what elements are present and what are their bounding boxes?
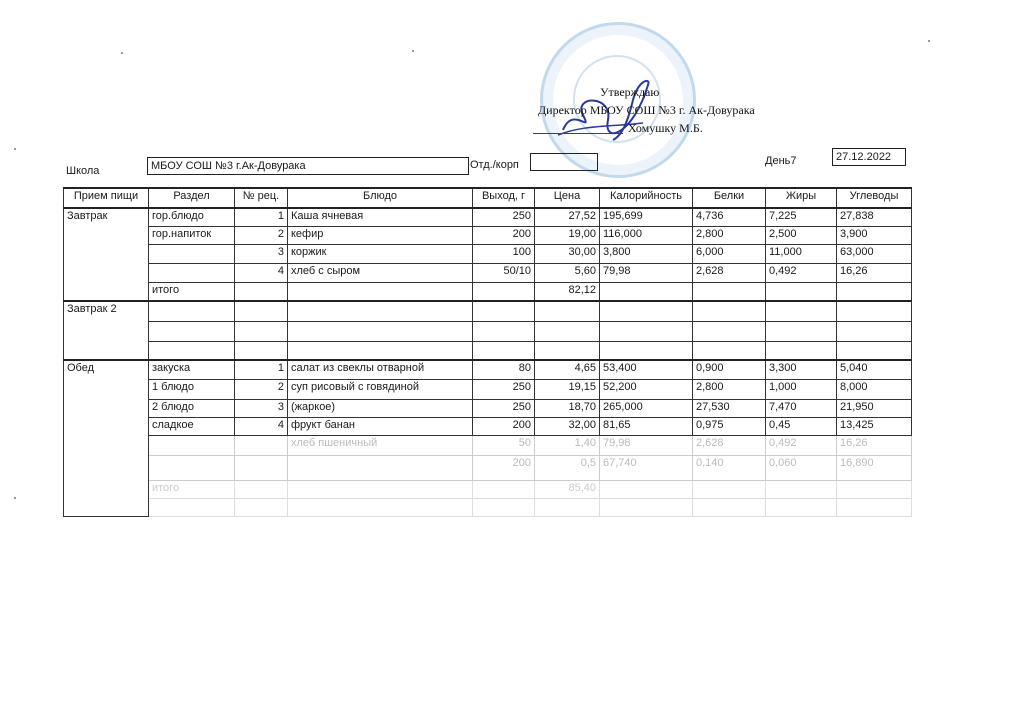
cell-fat: [766, 499, 837, 517]
cell-carbs: 8,000: [837, 380, 912, 400]
cell-price: 85,40: [535, 481, 600, 499]
cell-fat: 0,492: [766, 264, 837, 283]
cell-protein: 2,628: [693, 264, 766, 283]
cell-calories: [600, 499, 693, 517]
cell-recipe-number: [235, 456, 288, 481]
cell-calories: [600, 341, 693, 360]
cell-fat: 7,225: [766, 208, 837, 227]
cell-dish: Каша ячневая: [288, 208, 473, 227]
cell-section: итого: [149, 481, 235, 499]
cell-recipe-number: [235, 283, 288, 302]
scan-speck: [412, 50, 414, 52]
col-meal: Прием пищи: [64, 188, 149, 208]
cell-recipe-number: 4: [235, 418, 288, 436]
cell-recipe-number: [235, 481, 288, 499]
cell-calories: [600, 481, 693, 499]
cell-fat: [766, 481, 837, 499]
dept-field: [530, 153, 598, 171]
cell-carbs: 16,890: [837, 456, 912, 481]
cell-dish: (жаркое): [288, 400, 473, 418]
cell-recipe-number: 1: [235, 360, 288, 380]
cell-protein: 0,900: [693, 360, 766, 380]
cell-protein: [693, 321, 766, 341]
cell-output: 100: [473, 245, 535, 264]
table-row: итого85,40: [64, 481, 912, 499]
cell-carbs: 16,26: [837, 264, 912, 283]
scan-speck: [121, 52, 123, 54]
cell-fat: [766, 301, 837, 321]
dept-label: Отд./корп: [470, 159, 519, 171]
table-row: итого82,12: [64, 283, 912, 302]
cell-protein: 0,140: [693, 456, 766, 481]
table-row: 3коржик10030,003,8006,00011,00063,000: [64, 245, 912, 264]
cell-dish: хлеб пшеничный: [288, 436, 473, 456]
cell-price: 1,40: [535, 436, 600, 456]
col-recipe: № рец.: [235, 188, 288, 208]
cell-recipe-number: 2: [235, 227, 288, 245]
cell-output: 200: [473, 418, 535, 436]
cell-protein: 6,000: [693, 245, 766, 264]
cell-output: 80: [473, 360, 535, 380]
cell-carbs: 13,425: [837, 418, 912, 436]
cell-calories: 195,699: [600, 208, 693, 227]
date-field: 27.12.2022: [832, 148, 906, 166]
cell-fat: [766, 321, 837, 341]
cell-protein: 4,736: [693, 208, 766, 227]
cell-dish: коржик: [288, 245, 473, 264]
table-row: 4хлеб с сыром50/105,6079,982,6280,49216,…: [64, 264, 912, 283]
school-field: МБОУ СОШ №3 г.Ак-Довурака: [147, 157, 469, 175]
cell-fat: 7,470: [766, 400, 837, 418]
cell-dish: [288, 481, 473, 499]
menu-table: Прием пищи Раздел № рец. Блюдо Выход, г …: [63, 187, 912, 517]
cell-dish: [288, 321, 473, 341]
col-protein: Белки: [693, 188, 766, 208]
cell-output: 250: [473, 208, 535, 227]
cell-dish: салат из свеклы отварной: [288, 360, 473, 380]
table-row: сладкое4фрукт банан20032,0081,650,9750,4…: [64, 418, 912, 436]
cell-calories: 265,000: [600, 400, 693, 418]
cell-output: 250: [473, 400, 535, 418]
cell-section: [149, 245, 235, 264]
cell-output: 200: [473, 456, 535, 481]
cell-dish: кефир: [288, 227, 473, 245]
cell-calories: [600, 283, 693, 302]
cell-fat: [766, 341, 837, 360]
cell-recipe-number: 1: [235, 208, 288, 227]
cell-carbs: 21,950: [837, 400, 912, 418]
cell-price: 0,5: [535, 456, 600, 481]
cell-recipe-number: 4: [235, 264, 288, 283]
cell-price: 32,00: [535, 418, 600, 436]
col-section: Раздел: [149, 188, 235, 208]
cell-carbs: [837, 499, 912, 517]
cell-meal: Завтрак 2: [64, 301, 149, 360]
cell-protein: 2,800: [693, 227, 766, 245]
cell-price: 18,70: [535, 400, 600, 418]
cell-dish: [288, 301, 473, 321]
cell-protein: [693, 481, 766, 499]
cell-dish: хлеб с сыром: [288, 264, 473, 283]
cell-output: [473, 481, 535, 499]
cell-protein: 27,530: [693, 400, 766, 418]
cell-recipe-number: [235, 321, 288, 341]
cell-section: [149, 499, 235, 517]
cell-protein: [693, 499, 766, 517]
cell-carbs: 5,040: [837, 360, 912, 380]
col-calories: Калорийность: [600, 188, 693, 208]
cell-fat: 0,45: [766, 418, 837, 436]
cell-section: закуска: [149, 360, 235, 380]
table-row: 2 блюдо3(жаркое)25018,70265,00027,5307,4…: [64, 400, 912, 418]
table-row: Завтрак 2: [64, 301, 912, 321]
school-label: Школа: [66, 165, 99, 177]
cell-carbs: [837, 301, 912, 321]
cell-meal: Завтрак: [64, 208, 149, 301]
cell-section: сладкое: [149, 418, 235, 436]
cell-price: [535, 321, 600, 341]
cell-price: [535, 341, 600, 360]
cell-protein: [693, 341, 766, 360]
cell-section: [149, 436, 235, 456]
scan-speck: [14, 148, 16, 150]
col-fat: Жиры: [766, 188, 837, 208]
cell-price: [535, 499, 600, 517]
cell-output: [473, 301, 535, 321]
cell-dish: [288, 499, 473, 517]
col-dish: Блюдо: [288, 188, 473, 208]
cell-calories: 116,000: [600, 227, 693, 245]
table-row: 1 блюдо2суп рисовый с говядиной25019,155…: [64, 380, 912, 400]
cell-recipe-number: 3: [235, 400, 288, 418]
cell-dish: [288, 283, 473, 302]
cell-fat: 0,060: [766, 456, 837, 481]
cell-carbs: [837, 283, 912, 302]
cell-carbs: 63,000: [837, 245, 912, 264]
cell-price: 19,15: [535, 380, 600, 400]
cell-output: 250: [473, 380, 535, 400]
col-carbs: Углеводы: [837, 188, 912, 208]
cell-section: 1 блюдо: [149, 380, 235, 400]
cell-fat: 1,000: [766, 380, 837, 400]
cell-price: [535, 301, 600, 321]
cell-price: 30,00: [535, 245, 600, 264]
table-row: гор.напиток2кефир20019,00116,0002,8002,5…: [64, 227, 912, 245]
cell-recipe-number: 2: [235, 380, 288, 400]
cell-recipe-number: 3: [235, 245, 288, 264]
cell-output: [473, 321, 535, 341]
cell-dish: [288, 456, 473, 481]
table-header-row: Прием пищи Раздел № рец. Блюдо Выход, г …: [64, 188, 912, 208]
cell-price: 19,00: [535, 227, 600, 245]
table-row: 2000,567,7400,1400,06016,890: [64, 456, 912, 481]
cell-section: [149, 456, 235, 481]
cell-section: [149, 321, 235, 341]
table-row: Обедзакуска1салат из свеклы отварной804,…: [64, 360, 912, 380]
cell-carbs: [837, 321, 912, 341]
cell-output: [473, 283, 535, 302]
cell-calories: 81,65: [600, 418, 693, 436]
cell-output: [473, 341, 535, 360]
cell-calories: 67,740: [600, 456, 693, 481]
cell-calories: 3,800: [600, 245, 693, 264]
cell-calories: 79,98: [600, 436, 693, 456]
cell-protein: [693, 301, 766, 321]
cell-section: гор.напиток: [149, 227, 235, 245]
table-row: хлеб пшеничный501,4079,982,6280,49216,26: [64, 436, 912, 456]
col-price: Цена: [535, 188, 600, 208]
approval-director: Директор МБОУ СОШ №3 г. Ак-Довурака: [538, 103, 755, 118]
cell-protein: 0,975: [693, 418, 766, 436]
cell-section: [149, 264, 235, 283]
cell-price: 82,12: [535, 283, 600, 302]
approval-name: Хомушку М.Б.: [628, 121, 703, 136]
cell-recipe-number: [235, 436, 288, 456]
cell-section: итого: [149, 283, 235, 302]
cell-protein: 2,800: [693, 380, 766, 400]
cell-recipe-number: [235, 341, 288, 360]
cell-recipe-number: [235, 499, 288, 517]
cell-price: 4,65: [535, 360, 600, 380]
cell-fat: 0,492: [766, 436, 837, 456]
cell-carbs: 3,900: [837, 227, 912, 245]
cell-section: [149, 341, 235, 360]
cell-output: 50/10: [473, 264, 535, 283]
cell-section: гор.блюдо: [149, 208, 235, 227]
cell-dish: [288, 341, 473, 360]
cell-calories: [600, 321, 693, 341]
cell-price: 5,60: [535, 264, 600, 283]
scan-speck: [928, 40, 930, 42]
cell-section: [149, 301, 235, 321]
cell-output: 200: [473, 227, 535, 245]
col-output: Выход, г: [473, 188, 535, 208]
cell-dish: фрукт банан: [288, 418, 473, 436]
cell-calories: 79,98: [600, 264, 693, 283]
table-row: [64, 341, 912, 360]
cell-dish: суп рисовый с говядиной: [288, 380, 473, 400]
table-row: Завтракгор.блюдо1Каша ячневая25027,52195…: [64, 208, 912, 227]
cell-fat: [766, 283, 837, 302]
table-row: [64, 321, 912, 341]
cell-calories: 52,200: [600, 380, 693, 400]
cell-carbs: 27,838: [837, 208, 912, 227]
cell-price: 27,52: [535, 208, 600, 227]
cell-carbs: [837, 341, 912, 360]
signature-line: [533, 133, 623, 134]
cell-section: 2 блюдо: [149, 400, 235, 418]
scan-speck: [14, 497, 16, 499]
cell-fat: 11,000: [766, 245, 837, 264]
cell-calories: 53,400: [600, 360, 693, 380]
approval-title: Утверждаю: [600, 85, 659, 100]
cell-recipe-number: [235, 301, 288, 321]
cell-carbs: [837, 481, 912, 499]
table-row: [64, 499, 912, 517]
cell-fat: 3,300: [766, 360, 837, 380]
day-label: День7: [765, 155, 797, 167]
cell-protein: [693, 283, 766, 302]
cell-output: 50: [473, 436, 535, 456]
cell-fat: 2,500: [766, 227, 837, 245]
cell-protein: 2,628: [693, 436, 766, 456]
cell-calories: [600, 301, 693, 321]
cell-output: [473, 499, 535, 517]
cell-meal: Обед: [64, 360, 149, 517]
cell-carbs: 16,26: [837, 436, 912, 456]
